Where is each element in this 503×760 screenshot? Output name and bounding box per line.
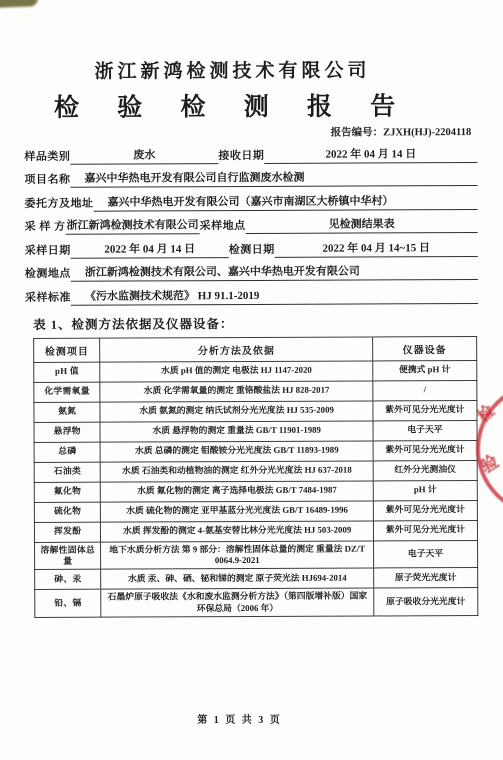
field-row-client: 委托方及地址 嘉兴中华热电开发有限公司（嘉兴市南湖区大桥镇中华村） bbox=[24, 186, 477, 211]
cell-instrument: 红外分光测油仪 bbox=[373, 460, 477, 480]
cell-item: 石油类 bbox=[34, 462, 101, 482]
cell-method: 水质 悬浮物的测定 重量法 GB/T 11901-1989 bbox=[100, 420, 373, 441]
field-row-sampler: 采 样 方 浙江新鸿检测技术有限公司 采样地点 见检测结果表 bbox=[25, 210, 478, 235]
table-row: 化学需氧量水质 化学需氧量的测定 重铬酸盐法 HJ 828-2017/ bbox=[34, 380, 477, 402]
sampling-date-value: 2022 年 04 月 14 日 bbox=[71, 240, 229, 259]
report-content: 浙江新鸿检测技术有限公司 检 验 检 测 报 告 报告编号：ZJXH(HJ)-2… bbox=[24, 0, 480, 618]
cell-instrument: 紫外可见分光光度计 bbox=[373, 400, 477, 420]
test-site-label: 检测地点 bbox=[25, 265, 71, 282]
cell-item: 氟化物 bbox=[34, 482, 101, 502]
table-header-row: 检测项目 分析方法及依据 仪器设备 bbox=[34, 336, 477, 362]
test-date-value: 2022 年 04 月 14~15 日 bbox=[275, 239, 478, 258]
cell-method: 水质 pH 值的测定 电极法 HJ 1147-2020 bbox=[100, 360, 373, 381]
report-page: 浙江新鸿检测技术有限公司 检 验 检 测 报 告 报告编号：ZJXH(HJ)-2… bbox=[0, 0, 503, 760]
table-row: pH 值水质 pH 值的测定 电极法 HJ 1147-2020便携式 pH 计 bbox=[34, 360, 477, 382]
cell-method: 水质 氟化物的测定 离子选择电极法 GB/T 7484-1987 bbox=[101, 480, 374, 501]
methods-table: 检测项目 分析方法及依据 仪器设备 pH 值水质 pH 值的测定 电极法 HJ … bbox=[33, 336, 478, 619]
table-row: 石油类水质 石油类和动植物油的测定 红外分光光度法 HJ 637-2018红外分… bbox=[34, 460, 477, 482]
field-row-standard: 采样标准 《污水监测技术规范》 HJ 91.1-2019 bbox=[25, 280, 478, 305]
cell-item: 氨氮 bbox=[34, 402, 101, 422]
cell-instrument: 电子天平 bbox=[373, 540, 477, 568]
sampling-standard-label: 采样标准 bbox=[25, 288, 71, 305]
report-number: 报告编号：ZJXH(HJ)-2204118 bbox=[24, 124, 477, 141]
company-name: 浙江新鸿检测技术有限公司 bbox=[24, 55, 477, 84]
cell-method: 水质 氨氮的测定 纳氏试剂分光光度法 HJ 535-2009 bbox=[100, 400, 373, 421]
project-name-label: 项目名称 bbox=[24, 171, 70, 188]
cell-method: 石墨炉原子吸收法《水和废水监测分析方法》（第四版增补版）国家环保总局（2006 … bbox=[101, 588, 374, 617]
receive-date-value: 2022 年 04 月 14 日 bbox=[264, 145, 477, 164]
header-test-item: 检测项目 bbox=[34, 338, 101, 362]
receive-date-label: 接收日期 bbox=[218, 146, 264, 163]
cell-method: 地下水质分析方法 第 9 部分：溶解性固体总量的测定 重量法 DZ/T 0064… bbox=[101, 540, 374, 569]
cell-method: 水质 挥发酚的测定 4-氨基安替比林分光光度法 HJ 503-2009 bbox=[101, 520, 374, 541]
cell-instrument: 紫外可见分光光度计 bbox=[373, 520, 477, 540]
sampling-site-value: 见检测结果表 bbox=[246, 215, 478, 234]
sampler-label: 采 样 方 bbox=[25, 218, 66, 235]
cell-item: 悬浮物 bbox=[34, 422, 101, 442]
table-row: 总磷水质 总磷的测定 钼酸铵分光光度法 GB/T 11893-1989紫外可见分… bbox=[34, 440, 477, 462]
table-title: 表 1、检测方法依据及仪器设备： bbox=[33, 313, 478, 333]
field-row-project: 项目名称 嘉兴中华热电开发有限公司自行监测废水检测 bbox=[24, 163, 477, 188]
cell-item: 砷、汞 bbox=[35, 570, 102, 590]
header-method: 分析方法及依据 bbox=[100, 336, 373, 361]
cell-item: 化学需氧量 bbox=[34, 382, 101, 402]
sampler-value: 浙江新鸿检测技术有限公司 bbox=[66, 216, 200, 235]
table-row: 挥发酚水质 挥发酚的测定 4-氨基安替比林分光光度法 HJ 503-2009紫外… bbox=[34, 520, 477, 542]
table-row: 氟化物水质 氟化物的测定 离子选择电极法 GB/T 7484-1987pH 计 bbox=[34, 480, 477, 502]
field-row-dates: 采样日期 2022 年 04 月 14 日 检测日期 2022 年 04 月 1… bbox=[25, 233, 478, 258]
page-footer: 第 1 页 共 3 页 bbox=[0, 711, 503, 726]
table-row: 硫化物水质 硫化物的测定 亚甲基蓝分光光度法 GB/T 16489-1996紫外… bbox=[34, 500, 477, 522]
cell-item: 铅、镉 bbox=[35, 590, 102, 618]
cell-method: 水质 汞、砷、硒、铋和锑的测定 原子荧光法 HJ694-2014 bbox=[101, 568, 374, 589]
cell-instrument: 便携式 pH 计 bbox=[373, 360, 477, 380]
sampling-site-label: 采样地点 bbox=[200, 217, 246, 234]
cell-method: 水质 石油类和动植物油的测定 红外分光光度法 HJ 637-2018 bbox=[101, 460, 374, 481]
client-value: 嘉兴中华热电开发有限公司（嘉兴市南湖区大桥镇中华村） bbox=[93, 192, 477, 212]
report-fields: 样品类别 废水 接收日期 2022 年 04 月 14 日 项目名称 嘉兴中华热… bbox=[24, 139, 478, 305]
cell-item: 硫化物 bbox=[34, 502, 101, 522]
cell-item: 溶解性固体总量 bbox=[35, 542, 102, 570]
table-row: 悬浮物水质 悬浮物的测定 重量法 GB/T 11901-1989电子天平 bbox=[34, 420, 477, 442]
cell-method: 水质 总磷的测定 钼酸铵分光光度法 GB/T 11893-1989 bbox=[101, 440, 374, 461]
test-date-label: 检测日期 bbox=[229, 240, 275, 257]
field-row-test-site: 检测地点 浙江新鸿检测技术有限公司、嘉兴中华热电开发有限公司 bbox=[25, 257, 478, 282]
table-row: 氨氮水质 氨氮的测定 纳氏试剂分光光度法 HJ 535-2009紫外可见分光光度… bbox=[34, 400, 477, 422]
cell-item: 总磷 bbox=[34, 442, 101, 462]
cell-instrument: 原子荧光光度计 bbox=[374, 568, 478, 588]
report-number-label: 报告编号： bbox=[331, 127, 384, 138]
header-instrument: 仪器设备 bbox=[373, 336, 477, 360]
table-row: 溶解性固体总量地下水质分析方法 第 9 部分：溶解性固体总量的测定 重量法 DZ… bbox=[35, 540, 478, 570]
report-number-value: ZJXH(HJ)-2204118 bbox=[383, 127, 471, 138]
cell-instrument: 电子天平 bbox=[373, 420, 477, 440]
cell-instrument: 原子吸收分光光度计 bbox=[374, 588, 478, 616]
client-label: 委托方及地址 bbox=[24, 194, 93, 211]
cell-instrument: 紫外可见分光光度计 bbox=[373, 500, 477, 520]
field-row-sample: 样品类别 废水 接收日期 2022 年 04 月 14 日 bbox=[24, 139, 477, 164]
project-name-value: 嘉兴中华热电开发有限公司自行监测废水检测 bbox=[70, 168, 477, 188]
cell-instrument: pH 计 bbox=[373, 480, 477, 500]
test-site-value: 浙江新鸿检测技术有限公司、嘉兴中华热电开发有限公司 bbox=[71, 262, 478, 282]
sampling-standard-value: 《污水监测技术规范》 HJ 91.1-2019 bbox=[71, 286, 478, 306]
report-title: 检 验 检 测 报 告 bbox=[24, 86, 477, 124]
table-row: 铅、镉石墨炉原子吸收法《水和废水监测分析方法》（第四版增补版）国家环保总局（20… bbox=[35, 588, 478, 618]
sampling-date-label: 采样日期 bbox=[25, 241, 71, 258]
sample-category-value: 废水 bbox=[70, 146, 218, 165]
sample-category-label: 样品类别 bbox=[24, 147, 70, 164]
cell-item: pH 值 bbox=[34, 362, 101, 382]
cell-method: 水质 化学需氧量的测定 重铬酸盐法 HJ 828-2017 bbox=[100, 380, 373, 401]
cell-item: 挥发酚 bbox=[34, 522, 101, 542]
cell-method: 水质 硫化物的测定 亚甲基蓝分光光度法 GB/T 16489-1996 bbox=[101, 500, 374, 521]
cell-instrument: / bbox=[373, 380, 477, 400]
table-row: 砷、汞水质 汞、砷、硒、铋和锑的测定 原子荧光法 HJ694-2014原子荧光光… bbox=[35, 568, 478, 590]
cell-instrument: 紫外可见分光光度计 bbox=[373, 440, 477, 460]
